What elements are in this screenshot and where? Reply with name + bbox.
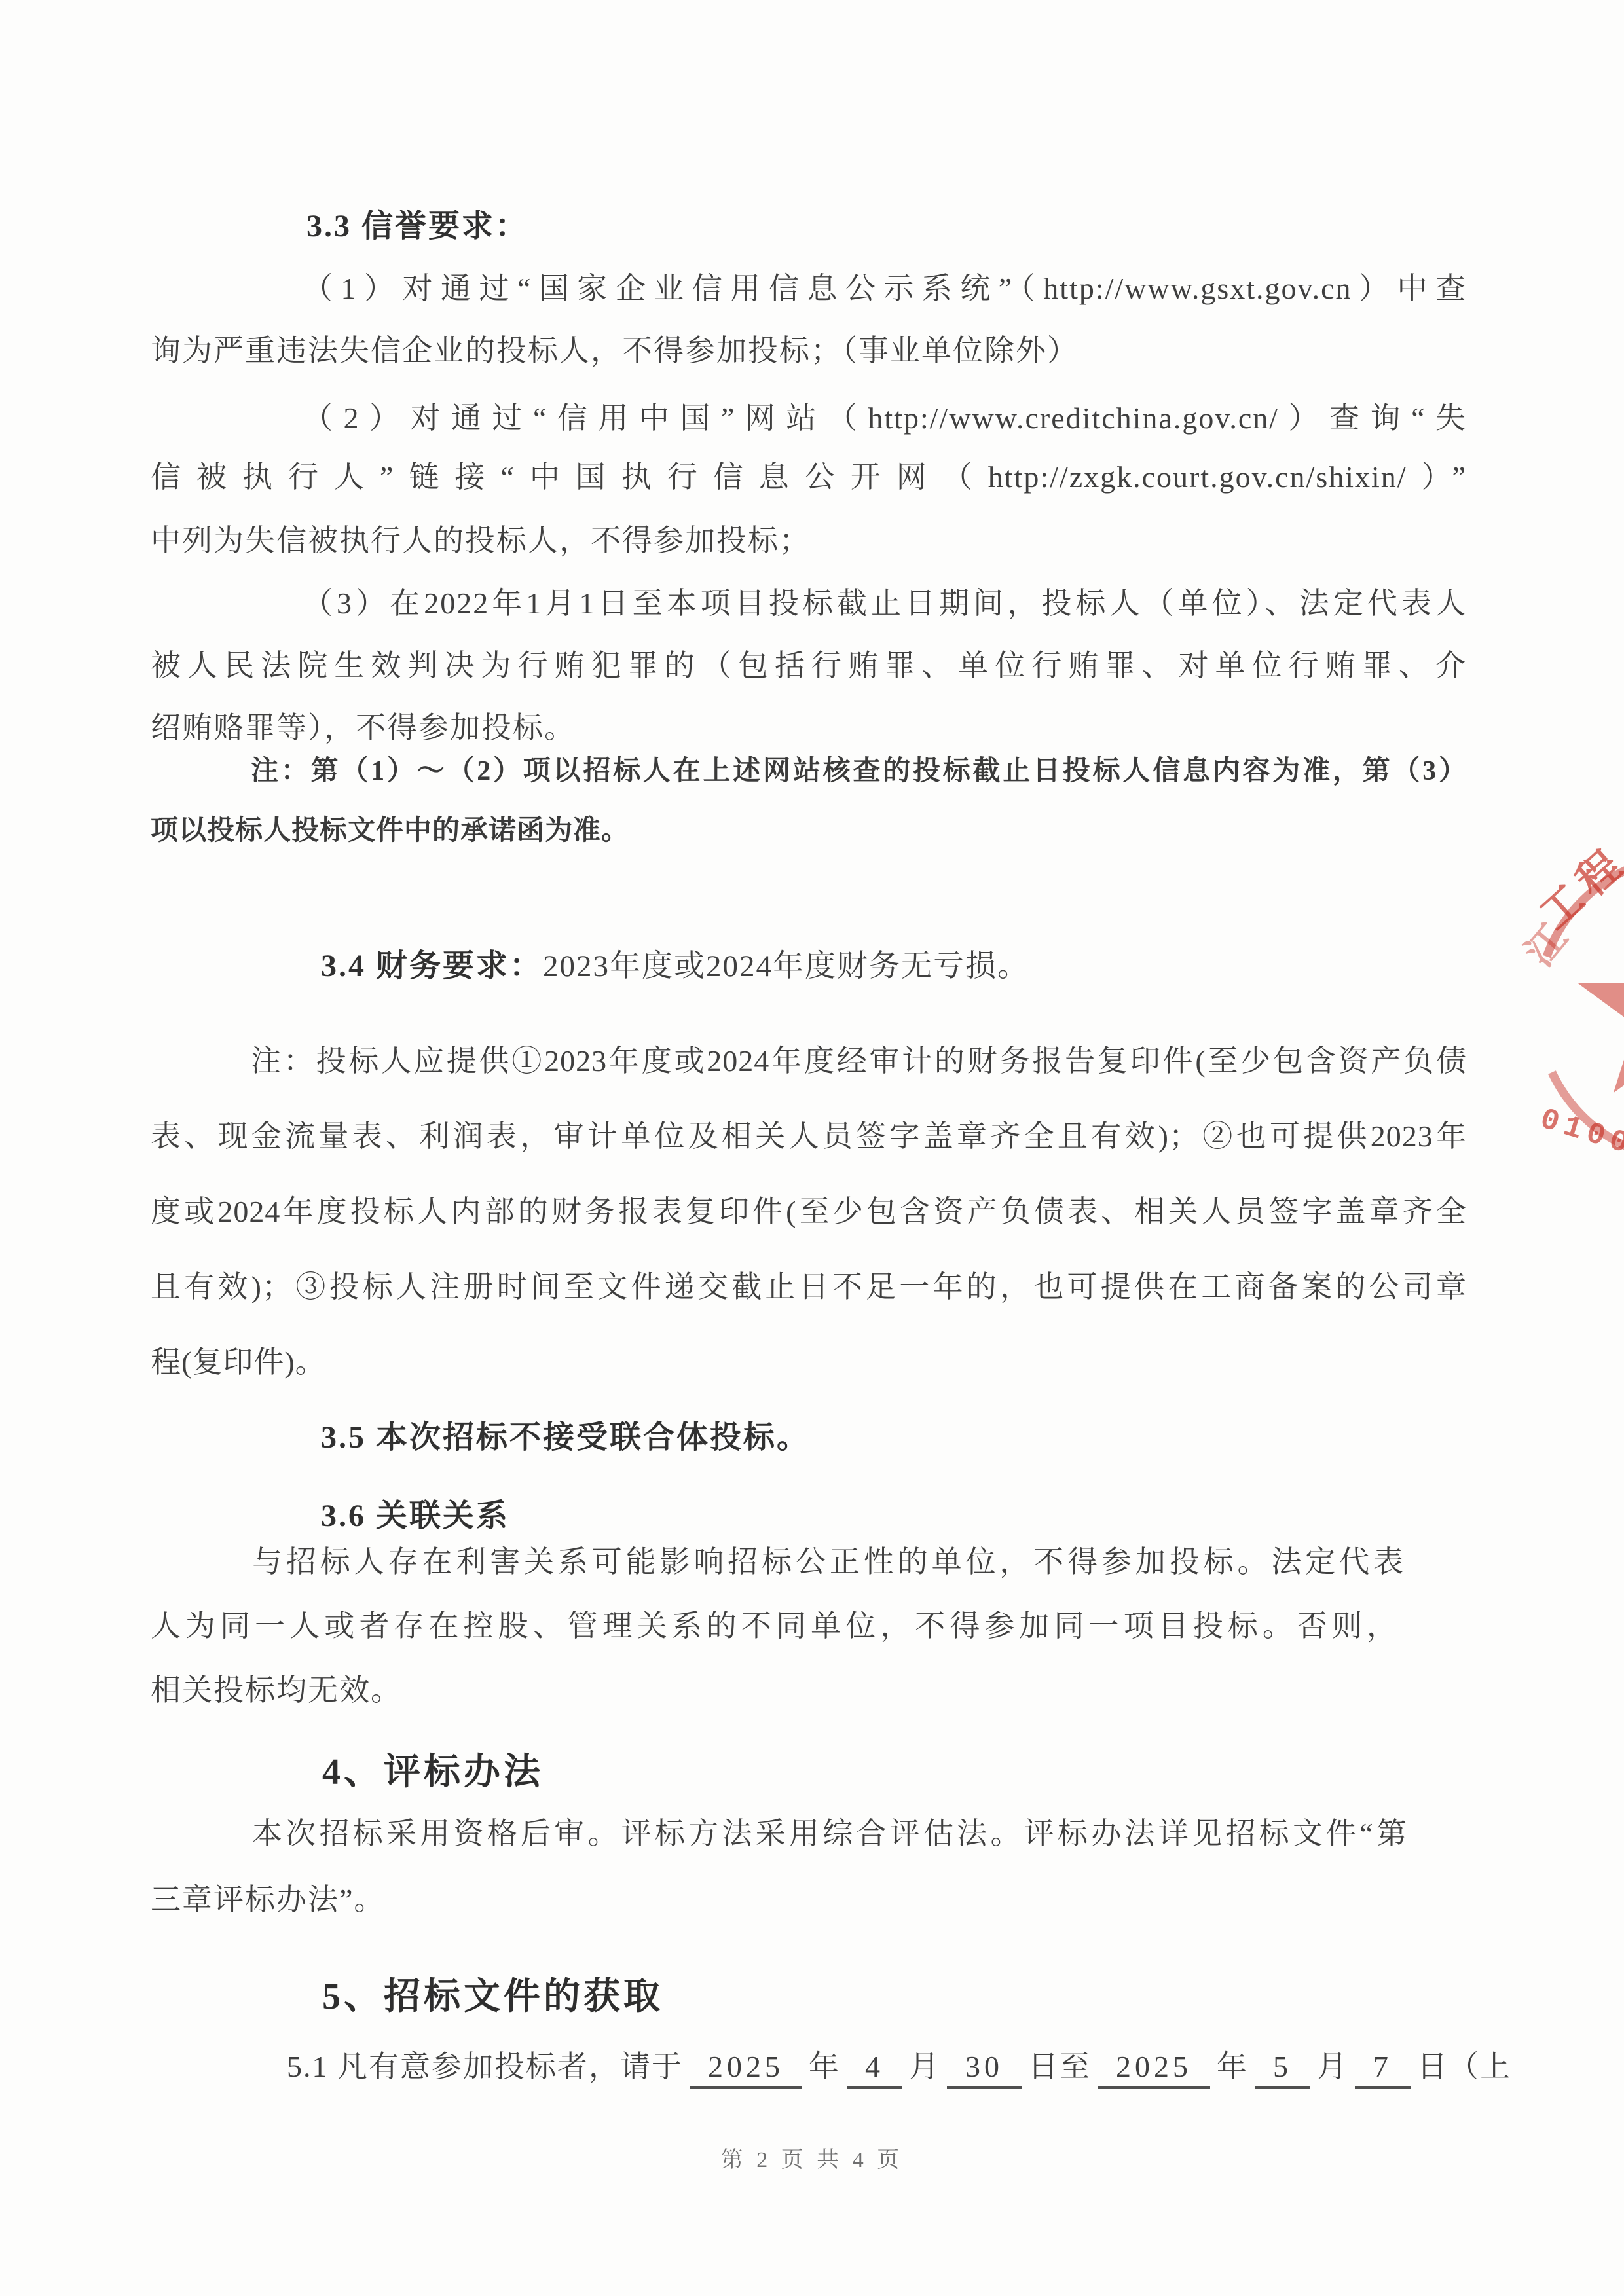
heading-3-4-text: 2023年度或2024年度财务无亏损。 xyxy=(543,949,1029,983)
para-3-line-2: 被人民法院生效判决为行贿犯罪的（包括行贿罪、单位行贿罪、对单位行贿罪、介 xyxy=(151,647,1467,685)
date-line-mid: 日至 xyxy=(1028,2050,1091,2083)
seal-serial-number: 0100 xyxy=(1536,1102,1624,1163)
month-unit-1: 月 xyxy=(909,2050,940,2083)
end-year-underlined: 2025 xyxy=(1098,2048,1210,2089)
end-month-underlined: 5 xyxy=(1255,2048,1310,2089)
heading-4-evaluation-method: 4、评标办法 xyxy=(322,1749,544,1796)
end-day-underlined: 7 xyxy=(1355,2048,1411,2089)
seal-text-top-arc: 工程 xyxy=(1531,837,1624,938)
note-3-4-line-3: 度或2024年度投标人内部的财务报表复印件(至少包含资产负债表、相关人员签字盖章… xyxy=(151,1193,1467,1231)
para-3-6-line-1: 与招标人存在利害关系可能影响招标公正性的单位，不得参加投标。法定代表 xyxy=(252,1543,1405,1582)
note-3-4-line-4: 且有效)；③投标人注册时间至文件递交截止日不足一年的，也可提供在工商备案的公司章 xyxy=(151,1268,1467,1307)
note-3-4-line-5: 程(复印件)。 xyxy=(151,1343,326,1382)
para-4-line-1: 本次招标采用资格后审。评标方法采用综合评估法。评标办法详见招标文件“第 xyxy=(252,1815,1408,1853)
seal-arc-top xyxy=(1547,856,1624,957)
heading-5-obtain-tender-documents: 5、招标文件的获取 xyxy=(322,1974,663,2021)
heading-3-4-financial-requirements: 3.4 财务要求：2023年度或2024年度财务无亏损。 xyxy=(321,946,1029,986)
para-3-line-3: 绍贿赂罪等），不得参加投标。 xyxy=(151,709,576,748)
page-number-footer: 第 2 页 共 4 页 xyxy=(0,2146,1624,2175)
note-3-3-line-1: 注：第（1）～（2）项以招标人在上述网站核查的投标截止日投标人信息内容为准，第（… xyxy=(251,754,1467,790)
note-3-4-line-1: 注：投标人应提供①2023年度或2024年度经审计的财务报告复印件(至少包含资产… xyxy=(251,1042,1467,1081)
month-unit-2: 月 xyxy=(1317,2050,1348,2083)
para-2-line-2: 信被执行人”链接“中国执行信息公开网（http://zxgk.court.gov… xyxy=(151,458,1467,497)
heading-3-5-no-consortium: 3.5 本次招标不接受联合体投标。 xyxy=(321,1417,810,1457)
start-day-underlined: 30 xyxy=(947,2048,1022,2089)
para-2-line-1: （2）对通过“信用中国”网站（http://www.creditchina.go… xyxy=(303,399,1467,438)
year-unit-2: 年 xyxy=(1217,2050,1248,2083)
note-3-4-line-2: 表、现金流量表、利润表，审计单位及相关人员签字盖章齐全且有效)；②也可提供202… xyxy=(151,1118,1467,1156)
para-2-line-3: 中列为失信被执行人的投标人，不得参加投标； xyxy=(151,522,811,560)
para-3-6-line-2: 人为同一人或者存在控股、管理关系的不同单位，不得参加同一项目投标。否则， xyxy=(151,1607,1398,1646)
document-page: 3.3 信誉要求： （1）对通过“国家企业信用信息公示系统”（http://ww… xyxy=(0,0,1624,2296)
para-1-line-1: （1）对通过“国家企业信用信息公示系统”（http://www.gsxt.gov… xyxy=(303,270,1467,308)
seal-graphic: 江 工程 0100 xyxy=(1428,773,1624,1231)
company-seal-stamp: 江 工程 0100 xyxy=(1428,773,1624,1231)
heading-3-6-affiliation: 3.6 关联关系 xyxy=(321,1496,509,1536)
heading-3-3-credit-requirements: 3.3 信誉要求： xyxy=(306,206,528,246)
para-5-1-date-line: 5.1 凡有意参加投标者，请于2025年4月30日至2025年5月7日（上 xyxy=(287,2048,1511,2089)
note-3-3-line-2: 项以投标人投标文件中的承诺函为准。 xyxy=(151,814,629,849)
heading-3-4-label: 3.4 财务要求： xyxy=(321,949,543,983)
para-3-line-1: （3）在2022年1月1日至本项目投标截止日期间，投标人（单位）、法定代表人 xyxy=(303,585,1467,623)
para-3-6-line-3: 相关投标均无效。 xyxy=(151,1671,402,1710)
start-year-underlined: 2025 xyxy=(690,2048,802,2089)
start-month-underlined: 4 xyxy=(847,2048,902,2089)
star-icon xyxy=(1578,915,1624,1093)
para-4-line-2: 三章评标办法”。 xyxy=(151,1881,385,1920)
seal-text-partial-char: 江 xyxy=(1517,917,1576,974)
seal-arc-bottom xyxy=(1552,1072,1624,1160)
year-unit-1: 年 xyxy=(809,2050,840,2083)
date-line-prefix: 5.1 凡有意参加投标者，请于 xyxy=(287,2050,683,2083)
date-line-suffix: 日（上 xyxy=(1417,2050,1511,2083)
para-1-line-2: 询为严重违法失信企业的投标人，不得参加投标；（事业单位除外） xyxy=(151,332,1079,371)
